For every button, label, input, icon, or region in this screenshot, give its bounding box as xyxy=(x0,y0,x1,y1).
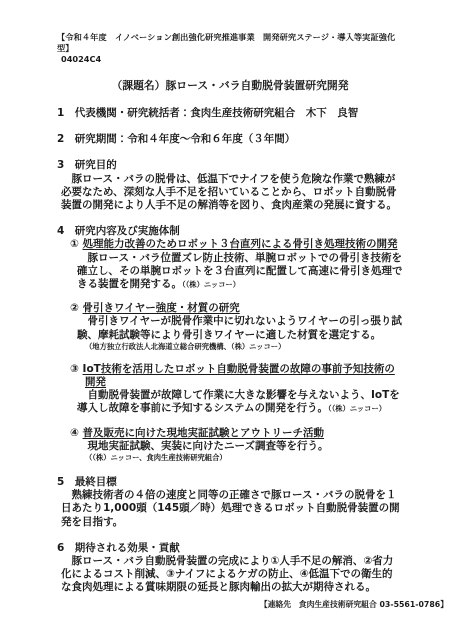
project-code: 04024C4 xyxy=(61,54,403,65)
item-2-title: 骨引きワイヤー強度・材質の研究 xyxy=(83,302,240,314)
item-2-organization: （地方独立行政法人北海道立総合研究機構、（株）ニッコー） xyxy=(85,342,403,352)
representative-line: 1 代表機関・研究統括者：食肉生産技術研究組合 木下 良智 xyxy=(57,107,403,120)
item-4-title: 普及販売に向けた現地実証試験とアウトリーチ活動 xyxy=(83,427,325,439)
item-1-number: ① xyxy=(70,238,79,250)
section-final-goal: 5 最終目標 熟練技術者の４倍の速度と同等の正確さで豚ロース・バラの脱骨を１日あ… xyxy=(57,476,403,529)
research-item-1-head: ① 処理能力改善のためロボット３台直列による骨引き処理技術の開発 xyxy=(70,238,403,251)
research-item-2-body: 骨引きワイヤーが脱骨作業中に切れないようワイヤーの引っ張り試験、摩耗試験等により… xyxy=(77,315,403,341)
purpose-body: 豚ロース・バラの脱骨は、低温下でナイフを使う危険な作業で熟練が必要なため、深刻な… xyxy=(61,173,403,213)
document-title: （課題名）豚ロース・バラ自動脱骨装置研究開発 xyxy=(57,79,403,92)
contents-heading: 4 研究内容及び実施体制 xyxy=(57,225,403,238)
section-period: 2 研究期間：令和４年度～令和６年度（３年間） xyxy=(57,133,403,146)
item-3-organization: （（株）ニッコー） xyxy=(328,404,386,413)
final-goal-body: 熟練技術者の４倍の速度と同等の正確さで豚ロース・バラの脱骨を１日あたり1,000… xyxy=(61,489,403,529)
final-goal-heading: 5 最終目標 xyxy=(57,476,403,489)
document-page: 【令和４年度 イノベーション創出強化研究推進事業 開発研究ステージ・導入等実証強… xyxy=(0,0,453,640)
research-item-1-body: 豚ロース・バラ位置ズレ防止技術、単腕ロボットでの骨引き技術を確立し、その単腕ロボ… xyxy=(77,252,403,292)
research-item-2-head: ② 骨引きワイヤー強度・材質の研究 xyxy=(70,302,403,315)
research-item-3-body: 自動脱骨装置が故障して作業に大きな影響を与えないよう、IoTを導入し故障を事前に… xyxy=(77,389,403,415)
program-banner: 【令和４年度 イノベーション創出強化研究推進事業 開発研究ステージ・導入等実証強… xyxy=(57,32,403,54)
section-purpose: 3 研究目的 豚ロース・バラの脱骨は、低温下でナイフを使う危険な作業で熟練が必要… xyxy=(57,159,403,212)
research-item-2: ② 骨引きワイヤー強度・材質の研究 骨引きワイヤーが脱骨作業中に切れないようワイ… xyxy=(70,302,403,352)
expected-effects-body: 豚ロース・バラ自動脱骨装置の完成により①人手不足の解消、②省力化によるコスト削減… xyxy=(61,555,403,595)
item-1-title: 処理能力改善のためロボット３台直列による骨引き処理技術の開発 xyxy=(83,238,398,250)
research-item-4-body: 現地実証試験、実装に向けたニーズ調査等を行う。 xyxy=(77,440,403,453)
item-4-organization: （（株）ニッコー、食肉生産技術研究組合） xyxy=(85,453,403,463)
document-content: 【令和４年度 イノベーション創出強化研究推進事業 開発研究ステージ・導入等実証強… xyxy=(0,0,453,595)
section-contents: 4 研究内容及び実施体制 ① 処理能力改善のためロボット３台直列による骨引き処理… xyxy=(57,225,403,463)
contact-footer: 【連絡先 食肉生産技術研究組合 03-5561-0786】 xyxy=(260,600,448,610)
item-2-body-text: 骨引きワイヤーが脱骨作業中に切れないようワイヤーの引っ張り試験、摩耗試験等により… xyxy=(77,315,402,340)
item-3-title: IoT技術を活用したロボット自動脱骨装置の故障の事前予知技術の開発 xyxy=(83,363,395,388)
section-representative: 1 代表機関・研究統括者：食肉生産技術研究組合 木下 良智 xyxy=(57,107,403,120)
period-line: 2 研究期間：令和４年度～令和６年度（３年間） xyxy=(57,133,403,146)
section-expected-effects: 6 期待される効果・貢献 豚ロース・バラ自動脱骨装置の完成により①人手不足の解消… xyxy=(57,542,403,595)
item-2-number: ② xyxy=(70,302,79,314)
purpose-heading: 3 研究目的 xyxy=(57,159,403,172)
item-3-number: ③ xyxy=(70,363,79,375)
research-item-3-head: ③ IoT技術を活用したロボット自動脱骨装置の故障の事前予知技術の開発 xyxy=(70,363,403,389)
item-4-number: ④ xyxy=(70,427,79,439)
research-item-3: ③ IoT技術を活用したロボット自動脱骨装置の故障の事前予知技術の開発 自動脱骨… xyxy=(70,363,403,416)
expected-effects-heading: 6 期待される効果・貢献 xyxy=(57,542,403,555)
research-item-1: ① 処理能力改善のためロボット３台直列による骨引き処理技術の開発 豚ロース・バラ… xyxy=(70,238,403,291)
item-1-organization: （（株）ニッコー） xyxy=(182,280,240,289)
research-item-4-head: ④ 普及販売に向けた現地実証試験とアウトリーチ活動 xyxy=(70,427,403,440)
research-item-4: ④ 普及販売に向けた現地実証試験とアウトリーチ活動 現地実証試験、実装に向けたニ… xyxy=(70,427,403,463)
item-4-body-text: 現地実証試験、実装に向けたニーズ調査等を行う。 xyxy=(77,440,328,452)
